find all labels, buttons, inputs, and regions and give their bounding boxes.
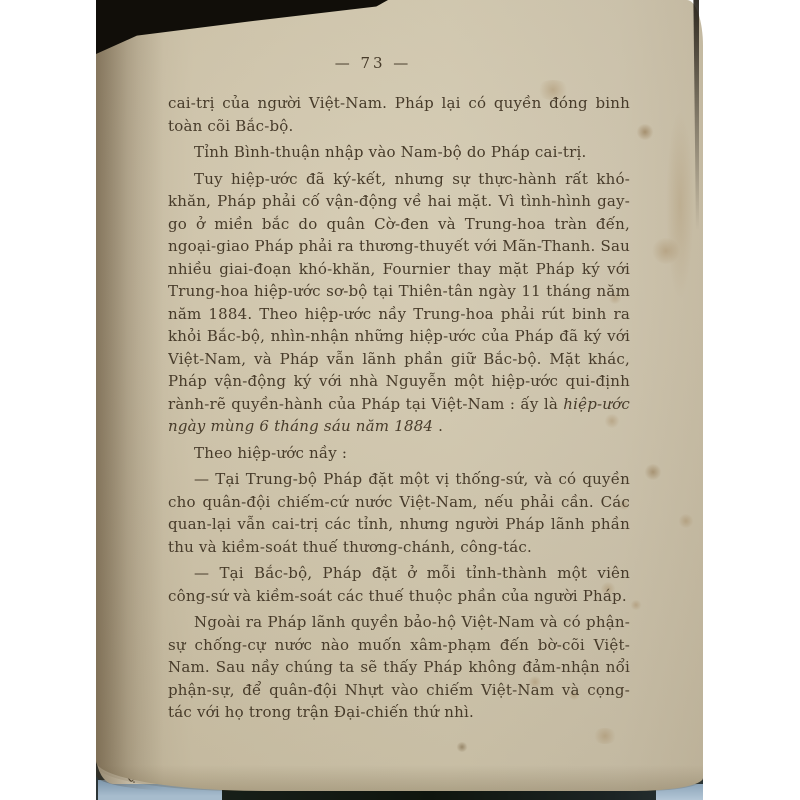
paper-stain — [651, 238, 681, 264]
text-line: ngoại-giao Pháp phải ra thương-thuyết vớ… — [168, 235, 630, 258]
text-segment: Việt-Nam, và Pháp vẫn lãnh phần giữ Bắc-… — [168, 350, 630, 368]
text-line: ngày mùng 6 tháng sáu năm 1884 . — [168, 415, 630, 438]
page-bottom-shade — [96, 765, 703, 791]
page-edge-shadow — [691, 0, 699, 230]
text-line: Ngoài ra Pháp lãnh quyền bảo-hộ Việt-Nam… — [168, 611, 630, 634]
text-segment: khỏi Bắc-bộ, nhìn-nhận những hiệp-ước củ… — [168, 327, 630, 345]
text-segment: Ngoài ra Pháp lãnh quyền bảo-hộ Việt-Nam… — [194, 613, 630, 631]
text-line: Tỉnh Bình-thuận nhập vào Nam-bộ do Pháp … — [168, 141, 630, 164]
text-line: năm 1884. Theo hiệp-ước nầy Trung-hoa ph… — [168, 303, 630, 326]
text-segment: Tỉnh Bình-thuận nhập vào Nam-bộ do Pháp … — [194, 143, 586, 161]
text-segment: — Tại Trung-bộ Pháp đặt một vị thống-sứ,… — [194, 470, 630, 488]
text-segment: Theo hiệp-ước nầy : — [194, 444, 347, 462]
book-page: — 73 — cai-trị của người Việt-Nam. Pháp … — [96, 0, 703, 791]
text-segment: thu và kiềm-soát thuế thương-chánh, công… — [168, 538, 532, 556]
text-segment: sự chống-cự nước nào muốn xâm-phạm đến b… — [168, 636, 630, 654]
text-line: cai-trị của người Việt-Nam. Pháp lại có … — [168, 92, 630, 115]
text-segment: Nam. Sau nầy chúng ta sẽ thấy Pháp không… — [168, 658, 630, 676]
text-segment: rành-rẽ quyền-hành của Pháp tại Việt-Nam… — [168, 395, 563, 413]
text-line: cho quân-đội chiếm-cứ nước Việt-Nam, nếu… — [168, 491, 630, 514]
text-line: Tuy hiệp-ước đã ký-kết, nhưng sự thực-hà… — [168, 168, 630, 191]
text-line: Theo hiệp-ước nầy : — [168, 442, 630, 465]
paper-stain — [636, 124, 654, 140]
text-segment: — Tại Bắc-bộ, Pháp đặt ở mỗi tỉnh-thành … — [194, 564, 630, 582]
text-segment: tác với họ trong trận Đại-chiến thứ nhì. — [168, 703, 474, 721]
paper-stain — [592, 728, 618, 744]
text-segment: cai-trị của người Việt-Nam. Pháp lại có … — [168, 94, 630, 112]
text-line: rành-rẽ quyền-hành của Pháp tại Việt-Nam… — [168, 393, 630, 416]
text-line: sự chống-cự nước nào muốn xâm-phạm đến b… — [168, 634, 630, 657]
text-line: toàn cõi Bắc-bộ. — [168, 115, 630, 138]
book-photo: ề sauhoa ngãThống-đốđể chốnăm 185u nơi q… — [0, 0, 800, 800]
text-block: cai-trị của người Việt-Nam. Pháp lại có … — [168, 92, 630, 724]
text-line: khăn, Pháp phải cố vận-động về hai mặt. … — [168, 190, 630, 213]
text-segment: toàn cõi Bắc-bộ. — [168, 117, 293, 135]
paper-stain — [644, 464, 662, 480]
text-segment: Tuy hiệp-ước đã ký-kết, nhưng sự thực-hà… — [194, 170, 630, 188]
text-segment: Trung-hoa hiệp-ước sơ-bộ tại Thiên-tân n… — [168, 282, 630, 300]
paper-stain — [630, 600, 642, 610]
text-line: go ở miền bắc do quân Cờ-đen và Trung-ho… — [168, 213, 630, 236]
text-segment: khăn, Pháp phải cố vận-động về hai mặt. … — [168, 192, 630, 210]
text-segment: năm 1884. Theo hiệp-ước nầy Trung-hoa ph… — [168, 305, 630, 323]
text-line: tác với họ trong trận Đại-chiến thứ nhì. — [168, 701, 630, 724]
paper-stain — [456, 742, 468, 752]
text-segment: nhiều giai-đoạn khó-khăn, Fournier thay … — [168, 260, 630, 278]
text-line: Nam. Sau nầy chúng ta sẽ thấy Pháp không… — [168, 656, 630, 679]
text-segment: phận-sự, để quân-đội Nhựt vào chiếm Việt… — [168, 681, 630, 699]
text-line: quan-lại vẫn cai-trị các tỉnh, nhưng ngư… — [168, 513, 630, 536]
text-segment: . — [433, 417, 443, 435]
text-segment: ngày mùng 6 tháng sáu năm 1884 — [168, 417, 433, 435]
text-line: Việt-Nam, và Pháp vẫn lãnh phần giữ Bắc-… — [168, 348, 630, 371]
text-segment: công-sứ và kiềm-soát các thuế thuộc phần… — [168, 587, 627, 605]
text-line: thu và kiềm-soát thuế thương-chánh, công… — [168, 536, 630, 559]
text-line: Trung-hoa hiệp-ước sơ-bộ tại Thiên-tân n… — [168, 280, 630, 303]
text-line: — Tại Trung-bộ Pháp đặt một vị thống-sứ,… — [168, 468, 630, 491]
text-segment: go ở miền bắc do quân Cờ-đen và Trung-ho… — [168, 215, 630, 233]
text-segment: ngoại-giao Pháp phải ra thương-thuyết vớ… — [168, 237, 630, 255]
text-line: khỏi Bắc-bộ, nhìn-nhận những hiệp-ước củ… — [168, 325, 630, 348]
text-segment: hiệp-ước — [563, 395, 630, 413]
text-line: — Tại Bắc-bộ, Pháp đặt ở mỗi tỉnh-thành … — [168, 562, 630, 585]
text-line: công-sứ và kiềm-soát các thuế thuộc phần… — [168, 585, 630, 608]
text-line: phận-sự, để quân-đội Nhựt vào chiếm Việt… — [168, 679, 630, 702]
page-number: — 73 — — [168, 54, 578, 72]
text-segment: Pháp vận-động ký với nhà Nguyễn một hiệp… — [168, 372, 630, 390]
text-line: Pháp vận-động ký với nhà Nguyễn một hiệp… — [168, 370, 630, 393]
paper-stain — [666, 110, 694, 300]
paper-stain — [678, 514, 694, 528]
text-line: nhiều giai-đoạn khó-khăn, Fournier thay … — [168, 258, 630, 281]
text-segment: cho quân-đội chiếm-cứ nước Việt-Nam, nếu… — [168, 493, 630, 511]
text-segment: quan-lại vẫn cai-trị các tỉnh, nhưng ngư… — [168, 515, 630, 533]
